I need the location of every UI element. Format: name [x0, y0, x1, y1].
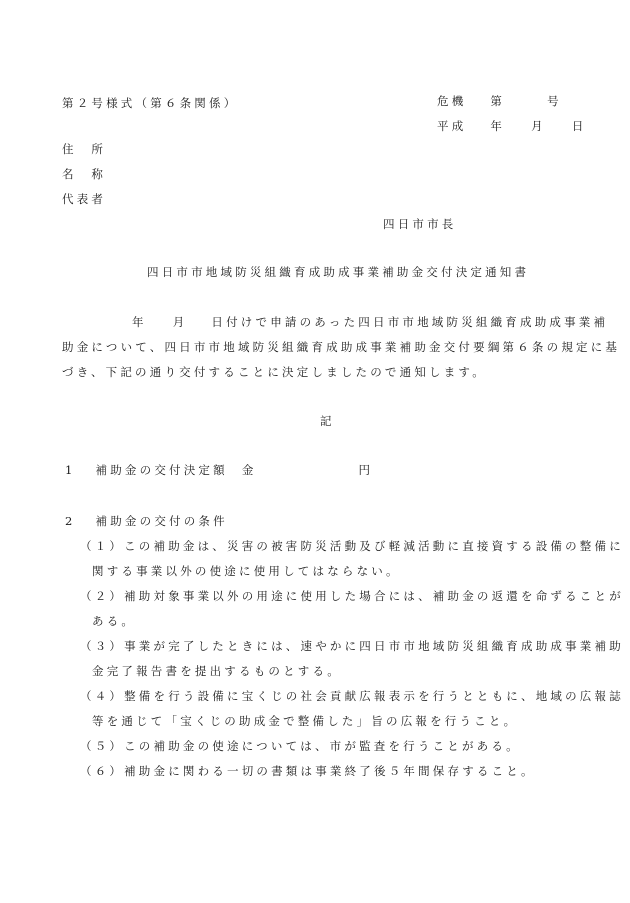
condition-3-text: 事業が完了したときには、速やかに四日市市地域防災組織育成助成事業補助	[124, 639, 624, 653]
item2: 2補助金の交付の条件	[65, 514, 228, 528]
date-day: 日	[572, 119, 587, 133]
condition-6-line-1: （６）補助金に関わる一切の書類は事業終了後５年間保存すること。	[80, 764, 536, 778]
representative-label: 代表者	[62, 192, 106, 206]
body-month: 月	[173, 315, 188, 329]
condition-3-line-1: （３）事業が完了したときには、速やかに四日市市地域防災組織育成助成事業補助	[80, 639, 624, 653]
form-label: 第２号様式（第６条関係）	[62, 96, 238, 110]
body-line1-rest: 日付けで申請のあった四日市市地域防災組織育成助成事業補	[211, 315, 608, 329]
name-label: 名 称	[62, 167, 106, 181]
document-number: 危機第号	[437, 94, 562, 108]
condition-4-text: 整備を行う設備に宝くじの社会貢献広報表示を行うとともに、地域の広報誌	[124, 689, 624, 703]
item1-number: 1	[65, 463, 76, 477]
item2-number: 2	[65, 514, 76, 528]
document-title: 四日市市地域防災組織育成助成事業補助金交付決定通知書	[147, 265, 529, 279]
condition-4-number: （４）	[80, 689, 124, 703]
body-line-3: づき、下記の通り交付することに決定しましたので通知します。	[62, 365, 487, 379]
address-label: 住 所	[62, 142, 106, 156]
condition-1-text: この補助金は、災害の被害防災活動及び軽減活動に直接資する設備の整備に	[124, 539, 624, 553]
date-year: 年	[490, 119, 505, 133]
condition-3-number: （３）	[80, 639, 124, 653]
doc-number-prefix: 危機	[437, 94, 466, 108]
issuer: 四日市市長	[383, 217, 457, 231]
item1-label: 補助金の交付決定額	[96, 463, 228, 477]
condition-4-line-2: 等を通じて「宝くじの助成金で整備した」旨の広報を行うこと。	[92, 714, 518, 728]
item1-kin: 金	[242, 463, 257, 477]
condition-6-text: 補助金に関わる一切の書類は事業終了後５年間保存すること。	[124, 764, 536, 778]
body-line-2: 助金について、四日市市地域防災組織育成助成事業補助金交付要綱第６条の規定に基	[62, 340, 620, 354]
body-year: 年	[132, 315, 147, 329]
item2-label: 補助金の交付の条件	[96, 514, 228, 528]
doc-number-go: 号	[547, 94, 562, 108]
item1: 1補助金の交付決定額金円	[65, 463, 373, 477]
condition-5-number: （５）	[80, 739, 124, 753]
condition-1-line-2: 関する事業以外の使途に使用してはならない。	[92, 564, 401, 578]
condition-2-text: 補助対象事業以外の用途に使用した場合には、補助金の返還を命ずることが	[124, 589, 624, 603]
condition-1-number: （１）	[80, 539, 124, 553]
date-era: 平成	[437, 119, 466, 133]
ki-heading: 記	[320, 414, 335, 428]
condition-2-line-1: （２）補助対象事業以外の用途に使用した場合には、補助金の返還を命ずることが	[80, 589, 624, 603]
condition-2-number: （２）	[80, 589, 124, 603]
condition-5-text: この補助金の使途については、市が監査を行うことがある。	[124, 739, 521, 753]
document-date: 平成年月日	[437, 119, 587, 133]
condition-3-line-2: 金完了報告書を提出するものとする。	[92, 664, 342, 678]
condition-1-line-1: （１）この補助金は、災害の被害防災活動及び軽減活動に直接資する設備の整備に	[80, 539, 624, 553]
condition-2-line-2: ある。	[92, 614, 136, 628]
doc-number-dai: 第	[490, 94, 505, 108]
condition-4-line-1: （４）整備を行う設備に宝くじの社会貢献広報表示を行うとともに、地域の広報誌	[80, 689, 624, 703]
item1-yen: 円	[359, 463, 374, 477]
condition-5-line-1: （５）この補助金の使途については、市が監査を行うことがある。	[80, 739, 521, 753]
body-line-1: 年月日付けで申請のあった四日市市地域防災組織育成助成事業補	[132, 315, 608, 329]
condition-6-number: （６）	[80, 764, 124, 778]
date-month: 月	[531, 119, 546, 133]
